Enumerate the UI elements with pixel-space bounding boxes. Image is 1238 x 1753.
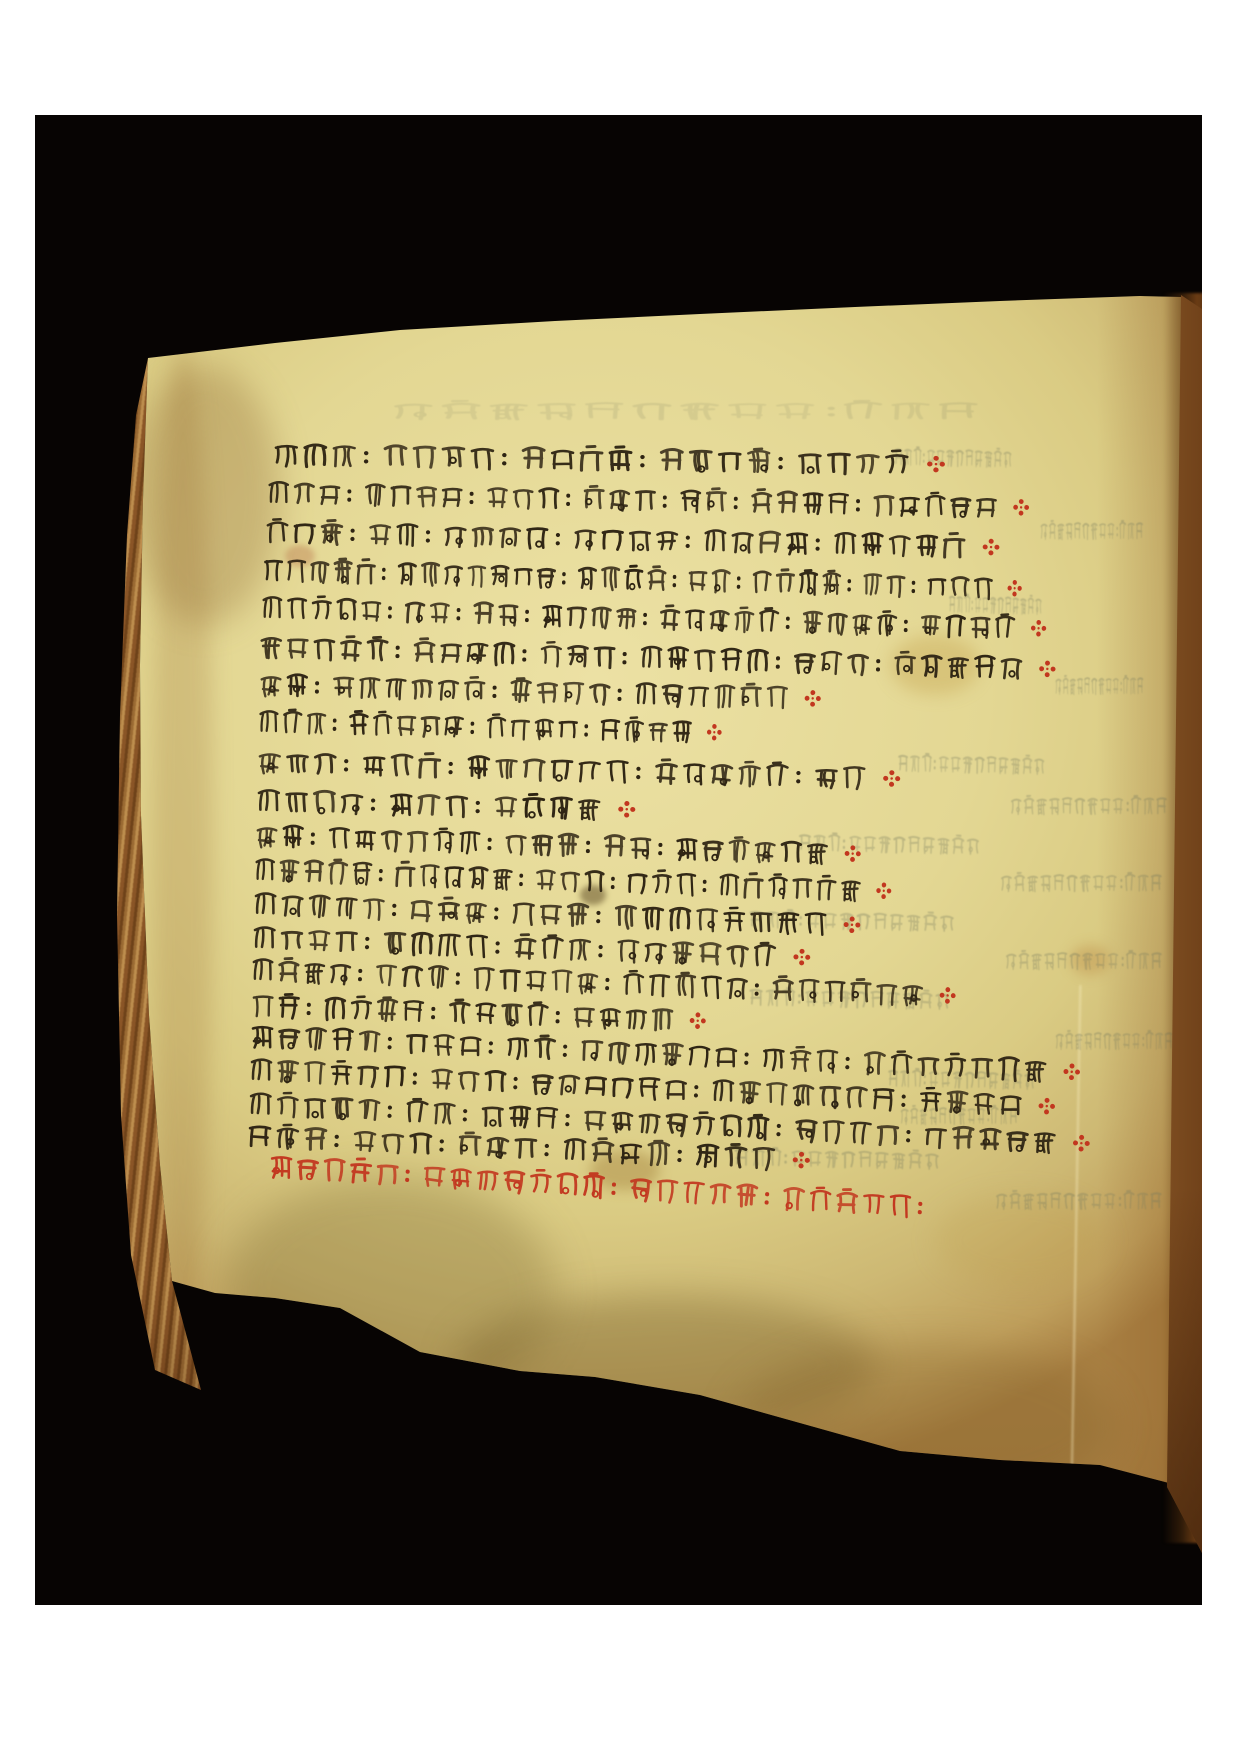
screenshot-root: { "page": { "background": "#ffffff", "ph…	[0, 0, 1238, 1753]
line-glyphs	[264, 518, 1009, 565]
line-glyphs	[255, 787, 646, 827]
manuscript-photo: እስመ፡ ውኁዳን፡ እሙንቱ፡ እምኵሉ፡ አሕዛብወኮነ፡ ኃሡራነ፡ በኵ…	[35, 115, 1202, 1605]
text-line-1: እስመ፡ ውኁዳን፡ እሙንቱ፡ እምኵሉ፡ አሕዛብ	[272, 441, 955, 482]
line-glyphs	[272, 441, 955, 482]
text-block: እስመ፡ ውኁዳን፡ እሙንቱ፡ እምኵሉ፡ አሕዛብወኮነ፡ ኃሡራነ፡ በኵ…	[35, 115, 1202, 1605]
text-line-3: አልቦ፡ በዝ፡ መዋዕል፡ መልአክ፡ ወነቢይ፡ ወመኳንን	[264, 518, 1009, 565]
text-line-8: ወከመ፡ ዘአእላፍ፡ አባግዕ፡ ስቡሓን	[257, 708, 731, 750]
line-glyphs	[266, 479, 1038, 525]
text-line-10: ወፍጹመ፡ ይኩን፡ በኀቤከ	[255, 787, 646, 827]
line-glyphs	[257, 708, 731, 750]
text-line-2: ወኮነ፡ ኃሡራነ፡ በኵሉ፡ ምድር፡ ዮም፡ በእንተ፡ ኃጢአትነ	[266, 479, 1038, 525]
